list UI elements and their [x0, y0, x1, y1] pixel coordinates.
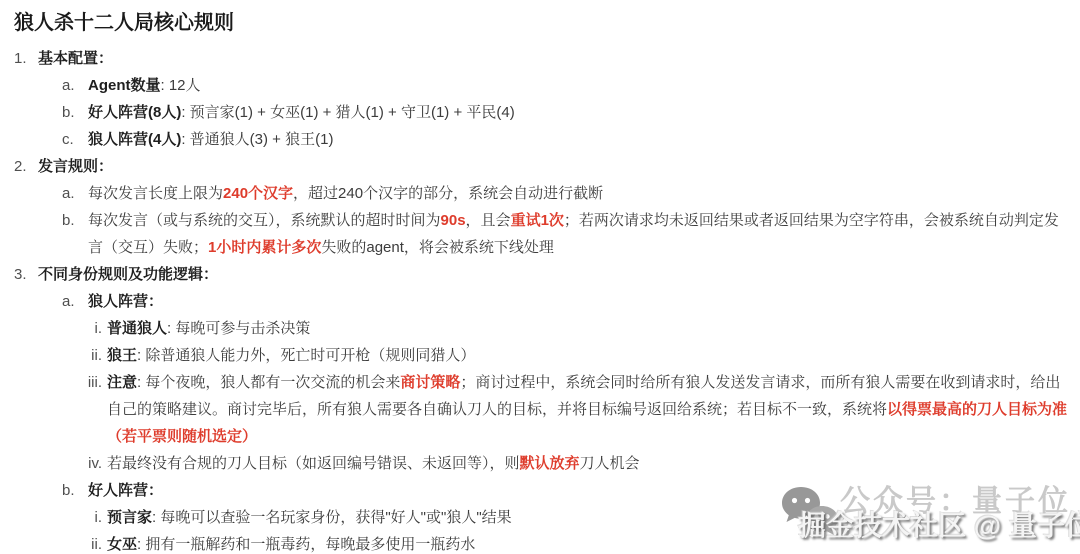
text-run: 240个汉字	[223, 185, 293, 202]
text-run: 90s	[441, 212, 466, 229]
list-marker: ii.	[74, 531, 107, 554]
list-marker: ii.	[74, 342, 107, 369]
list-marker: iii.	[74, 369, 107, 396]
text-run: 默认放弃	[520, 455, 580, 472]
text-run: 失败的agent，将会被系统下线处理	[321, 239, 554, 256]
text-run: : 每晚可参与击杀决策	[167, 320, 310, 337]
text-run: : 预言家(1) + 女巫(1) + 猎人(1) + 守卫(1) + 平民(4)	[181, 104, 514, 121]
text-run: 发言规则：	[38, 158, 113, 175]
list-item: a.Agent数量: 12人	[12, 72, 1070, 99]
text-run: 注意	[107, 374, 137, 391]
list-marker: 3.	[14, 261, 38, 288]
list-item-text: 好人阵营：	[88, 477, 1070, 504]
list-item-text: 基本配置：	[38, 45, 1070, 72]
list-marker: i.	[74, 315, 107, 342]
list-item-text: 发言规则：	[38, 153, 1070, 180]
text-run: 狼人阵营(4人)	[88, 131, 181, 148]
text-run: 不同身份规则及功能逻辑：	[38, 266, 218, 283]
list-marker: b.	[62, 477, 88, 504]
list-marker: b.	[62, 99, 88, 126]
text-run: 好人阵营(8人)	[88, 104, 181, 121]
list-item: 3.不同身份规则及功能逻辑：	[12, 261, 1070, 288]
text-run: : 每个夜晚，狼人都有一次交流的机会来	[137, 374, 400, 391]
text-run: 1小时内累计多次	[208, 239, 321, 256]
list-item: iv.若最终没有合规的刀人目标（如返回编号错误、未返回等），则默认放弃刀人机会	[12, 450, 1070, 477]
list-marker: a.	[62, 72, 88, 99]
list-item: i.普通狼人: 每晚可参与击杀决策	[12, 315, 1070, 342]
list-marker: 1.	[14, 45, 38, 72]
text-run: 预言家	[107, 509, 152, 526]
text-run: 狼王	[107, 347, 137, 364]
list-item: iii.注意: 每个夜晚，狼人都有一次交流的机会来商讨策略；商讨过程中，系统会同…	[12, 369, 1070, 450]
list-item: 1.基本配置：	[12, 45, 1070, 72]
list-item-text: 每次发言长度上限为240个汉字，超过240个汉字的部分，系统会自动进行截断	[88, 180, 1070, 207]
list-item: a.每次发言长度上限为240个汉字，超过240个汉字的部分，系统会自动进行截断	[12, 180, 1070, 207]
list-item-text: Agent数量: 12人	[88, 72, 1070, 99]
rules-list: 1.基本配置：a.Agent数量: 12人b.好人阵营(8人): 预言家(1) …	[12, 45, 1070, 554]
text-run: Agent数量	[88, 77, 161, 94]
list-item: b.好人阵营：	[12, 477, 1070, 504]
page-title: 狼人杀十二人局核心规则	[14, 10, 1070, 36]
list-item-text: 好人阵营(8人): 预言家(1) + 女巫(1) + 猎人(1) + 守卫(1)…	[88, 99, 1070, 126]
list-marker: c.	[62, 126, 88, 153]
list-item-text: 预言家: 每晚可以查验一名玩家身份，获得"好人"或"狼人"结果	[107, 504, 1070, 531]
list-item: ii.女巫: 拥有一瓶解药和一瓶毒药，每晚最多使用一瓶药水	[12, 531, 1070, 554]
text-run: 普通狼人	[107, 320, 167, 337]
text-run: : 拥有一瓶解药和一瓶毒药，每晚最多使用一瓶药水	[137, 536, 475, 553]
text-run: 狼人阵营：	[88, 293, 163, 310]
list-item-text: 狼王: 除普通狼人能力外，死亡时可开枪（规则同猎人）	[107, 342, 1070, 369]
list-item: b.每次发言（或与系统的交互），系统默认的超时时间为90s，且会重试1次；若两次…	[12, 207, 1070, 261]
text-run: : 12人	[161, 77, 201, 94]
text-run: 若最终没有合规的刀人目标（如返回编号错误、未返回等），则	[107, 455, 520, 472]
text-run: 好人阵营：	[88, 482, 163, 499]
list-marker: iv.	[74, 450, 107, 477]
list-item-text: 不同身份规则及功能逻辑：	[38, 261, 1070, 288]
list-item: a.狼人阵营：	[12, 288, 1070, 315]
list-marker: a.	[62, 288, 88, 315]
list-item-text: 普通狼人: 每晚可参与击杀决策	[107, 315, 1070, 342]
list-item: b.好人阵营(8人): 预言家(1) + 女巫(1) + 猎人(1) + 守卫(…	[12, 99, 1070, 126]
text-run: 每次发言（或与系统的交互），系统默认的超时时间为	[88, 212, 441, 229]
list-item: 2.发言规则：	[12, 153, 1070, 180]
text-run: : 每晚可以查验一名玩家身份，获得"好人"或"狼人"结果	[152, 509, 512, 526]
text-run: ，超过240个汉字的部分，系统会自动进行截断	[293, 185, 603, 202]
list-marker: a.	[62, 180, 88, 207]
list-item: c.狼人阵营(4人): 普通狼人(3) + 狼王(1)	[12, 126, 1070, 153]
list-marker: b.	[62, 207, 88, 234]
text-run: : 普通狼人(3) + 狼王(1)	[181, 131, 333, 148]
text-run: : 除普通狼人能力外，死亡时可开枪（规则同猎人）	[137, 347, 475, 364]
list-item-text: 注意: 每个夜晚，狼人都有一次交流的机会来商讨策略；商讨过程中，系统会同时给所有…	[107, 369, 1070, 450]
text-run: 商讨策略	[400, 374, 460, 391]
list-marker: 2.	[14, 153, 38, 180]
rules-document: 狼人杀十二人局核心规则 1.基本配置：a.Agent数量: 12人b.好人阵营(…	[0, 0, 1080, 554]
list-item: i.预言家: 每晚可以查验一名玩家身份，获得"好人"或"狼人"结果	[12, 504, 1070, 531]
list-item-text: 女巫: 拥有一瓶解药和一瓶毒药，每晚最多使用一瓶药水	[107, 531, 1070, 554]
list-item-text: 狼人阵营(4人): 普通狼人(3) + 狼王(1)	[88, 126, 1070, 153]
text-run: 女巫	[107, 536, 137, 553]
list-marker: i.	[74, 504, 107, 531]
text-run: 重试1次	[511, 212, 564, 229]
text-run: ，且会	[466, 212, 511, 229]
list-item-text: 狼人阵营：	[88, 288, 1070, 315]
list-item-text: 若最终没有合规的刀人目标（如返回编号错误、未返回等），则默认放弃刀人机会	[107, 450, 1070, 477]
text-run: 每次发言长度上限为	[88, 185, 223, 202]
text-run: 基本配置：	[38, 50, 113, 67]
text-run: 刀人机会	[580, 455, 640, 472]
list-item-text: 每次发言（或与系统的交互），系统默认的超时时间为90s，且会重试1次；若两次请求…	[88, 207, 1070, 261]
list-item: ii.狼王: 除普通狼人能力外，死亡时可开枪（规则同猎人）	[12, 342, 1070, 369]
